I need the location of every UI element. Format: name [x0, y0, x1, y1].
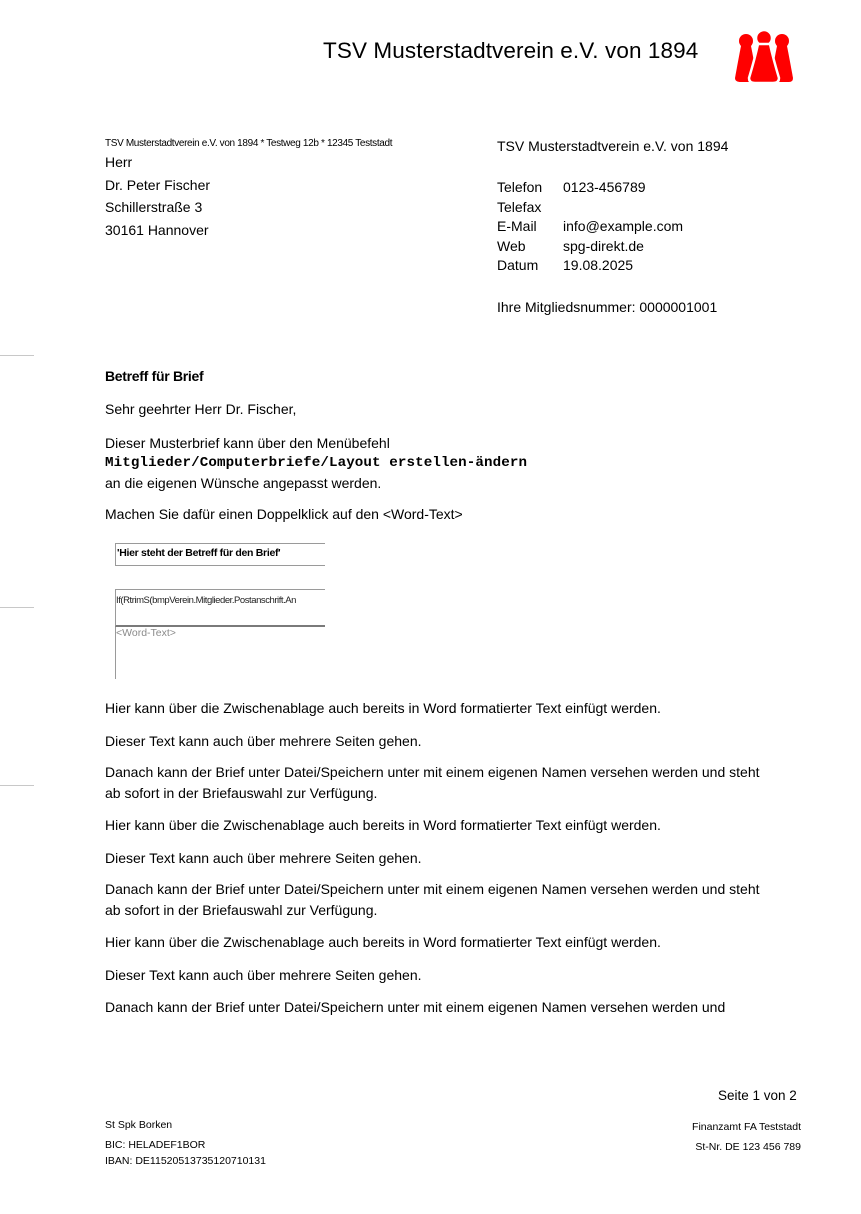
bank-name: St Spk Borken [105, 1117, 266, 1133]
info-label: E-Mail [497, 217, 563, 237]
body-paragraph: Hier kann über die Zwischenablage auch b… [105, 698, 661, 719]
bank-details: St Spk Borken BIC: HELADEF1BOR IBAN: DE1… [105, 1117, 266, 1169]
letter-salutation: Sehr geehrter Herr Dr. Fischer, [105, 401, 296, 417]
body-paragraph: Hier kann über die Zwischenablage auch b… [105, 932, 661, 953]
info-row-date: Datum 19.08.2025 [497, 256, 683, 276]
info-organization: TSV Musterstadtverein e.V. von 1894 [497, 138, 728, 154]
recipient-salutation: Herr [105, 151, 210, 174]
intro-line: Dieser Musterbrief kann über den Menübef… [105, 433, 527, 453]
snapshot-subject-field: 'Hier steht der Betreff für den Brief' [115, 543, 325, 566]
fold-mark [0, 355, 34, 356]
sender-return-address: TSV Musterstadtverein e.V. von 1894 * Te… [105, 138, 392, 149]
recipient-name: Dr. Peter Fischer [105, 174, 210, 197]
recipient-street: Schillerstraße 3 [105, 196, 210, 219]
body-paragraph: Danach kann der Brief unter Datei/Speich… [105, 879, 770, 921]
recipient-address: Herr Dr. Peter Fischer Schillerstraße 3 … [105, 151, 210, 241]
tax-number: St-Nr. DE 123 456 789 [692, 1137, 801, 1157]
info-row-web: Web spg-direkt.de [497, 237, 683, 257]
body-paragraph: Danach kann der Brief unter Datei/Speich… [105, 762, 770, 804]
punch-mark [0, 607, 34, 608]
snapshot-formula-field: If(RtrimS(bmpVerein.Mitglieder.Postansch… [115, 589, 325, 627]
recipient-city: 30161 Hannover [105, 219, 210, 242]
tax-details: Finanzamt FA Teststadt St-Nr. DE 123 456… [692, 1117, 801, 1157]
info-value: info@example.com [563, 217, 683, 237]
info-label: Telefax [497, 198, 563, 218]
people-figures-icon [733, 28, 795, 84]
body-paragraph: Dieser Text kann auch über mehrere Seite… [105, 965, 422, 986]
info-label: Web [497, 237, 563, 257]
contact-info-table: Telefon 0123-456789 Telefax E-Mail info@… [497, 178, 683, 276]
letter-subject: Betreff für Brief [105, 368, 203, 384]
fold-mark [0, 785, 34, 786]
body-paragraph: Dieser Text kann auch über mehrere Seite… [105, 848, 422, 869]
page-number: Seite 1 von 2 [718, 1088, 797, 1103]
member-number: Ihre Mitgliedsnummer: 0000001001 [497, 299, 717, 315]
info-row-fax: Telefax [497, 198, 683, 218]
menu-path: Mitglieder/Computerbriefe/Layout erstell… [105, 453, 527, 473]
bank-bic: BIC: HELADEF1BOR [105, 1137, 266, 1153]
info-value: 19.08.2025 [563, 256, 633, 276]
bank-iban: IBAN: DE11520513735120710131 [105, 1153, 266, 1169]
snapshot-word-text: <Word-Text> [115, 627, 325, 679]
info-value: spg-direkt.de [563, 237, 644, 257]
info-row-email: E-Mail info@example.com [497, 217, 683, 237]
info-row-phone: Telefon 0123-456789 [497, 178, 683, 198]
embedded-editor-screenshot: 'Hier steht der Betreff für den Brief' I… [115, 543, 325, 679]
body-paragraph: Hier kann über die Zwischenablage auch b… [105, 815, 661, 836]
instruction-text: Machen Sie dafür einen Doppelklick auf d… [105, 506, 463, 522]
body-paragraph: Danach kann der Brief unter Datei/Speich… [105, 997, 725, 1018]
club-title: TSV Musterstadtverein e.V. von 1894 [323, 38, 698, 64]
body-paragraph: Dieser Text kann auch über mehrere Seite… [105, 731, 422, 752]
intro-line: an die eigenen Wünsche angepasst werden. [105, 473, 527, 493]
info-value: 0123-456789 [563, 178, 646, 198]
info-label: Telefon [497, 178, 563, 198]
intro-paragraph: Dieser Musterbrief kann über den Menübef… [105, 433, 527, 493]
tax-office: Finanzamt FA Teststadt [692, 1117, 801, 1137]
info-label: Datum [497, 256, 563, 276]
